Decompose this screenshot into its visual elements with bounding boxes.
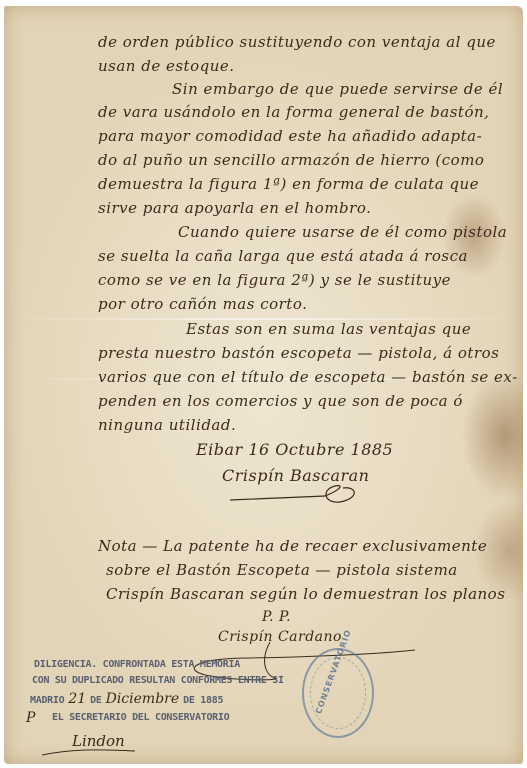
stamp-line-3: MADRIO 21 DE Diciembre DE 1885: [30, 690, 223, 708]
note-line: sobre el Bastón Escopeta — pistola siste…: [106, 561, 458, 579]
note-line: Nota — La patente ha de recaer exclusiva…: [98, 537, 487, 555]
body-line: penden en los comercios y que son de poc…: [98, 392, 463, 410]
body-line: de vara usándolo en la forma general de …: [98, 103, 489, 121]
body-line: de orden público sustituyendo con ventaj…: [98, 33, 496, 51]
stamp-line-1: DILIGENCIA. CONFRONTADA ESTA MEMORIA: [34, 659, 240, 670]
body-line: do al puño un sencillo armazón de hierro…: [98, 151, 484, 169]
stamp-day: 21: [68, 691, 86, 707]
stamp-month: Diciembre: [106, 691, 180, 707]
stamp-line-4: EL SECRETARIO DEL CONSERVATORIO: [52, 712, 229, 723]
body-line: se suelta la caña larga que está atada á…: [98, 247, 468, 265]
body-line: por otro cañón mas corto.: [98, 295, 307, 313]
body-line: usan de estoque.: [98, 57, 235, 75]
stamp-line-2: CON SU DUPLICADO RESULTAN CONFORMES ENTR…: [32, 675, 284, 686]
body-line: como se ve en la figura 2ª) y se le sust…: [98, 271, 451, 289]
body-line: sirve para apoyarla en el hombro.: [98, 199, 371, 217]
stamp-mark: P: [26, 710, 35, 726]
secretary-flourish: [40, 745, 140, 759]
stamp-de: DE: [90, 695, 101, 706]
body-line: Estas son en suma las ventajas que: [186, 320, 471, 338]
dateline: Eibar 16 Octubre 1885: [196, 440, 393, 459]
body-line: varios que con el título de escopeta — b…: [98, 368, 518, 386]
note-line: Crispín Bascaran según lo demuestran los…: [106, 585, 505, 603]
signature-flourish: [225, 480, 365, 510]
stamp-year: DE 1885: [183, 695, 223, 706]
body-line: ninguna utilidad.: [98, 416, 236, 434]
stamp-city: MADRIO: [30, 695, 64, 706]
body-line: para mayor comodidad este ha añadido ada…: [98, 127, 482, 145]
body-line: Sin embargo de que puede servirse de él: [172, 80, 503, 98]
body-line: presta nuestro bastón escopeta — pistola…: [98, 344, 499, 362]
pp-label: P. P.: [262, 609, 291, 625]
conservatorio-oval-stamp: CONSERVATORIO: [302, 648, 374, 738]
body-line: Cuando quiere usarse de él como pistola: [178, 223, 507, 241]
body-line: demuestra la figura 1ª) en forma de cula…: [98, 175, 479, 193]
